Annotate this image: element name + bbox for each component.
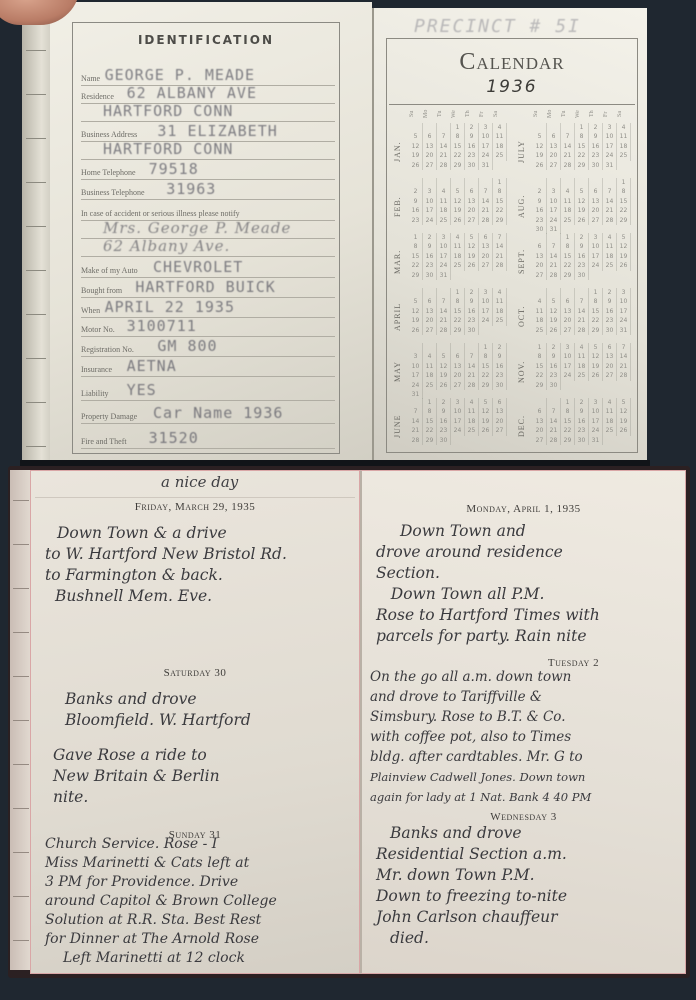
calendar-day: 4 bbox=[561, 187, 575, 196]
identification-page: IDENTIFICATION NameGEORGE P. MEADEReside… bbox=[50, 2, 372, 460]
weekday-label: Fr bbox=[479, 107, 493, 121]
calendar-day: 16 bbox=[437, 417, 451, 426]
calendar-day: 17 bbox=[617, 307, 631, 316]
calendar-day: 22 bbox=[589, 316, 603, 325]
entry-line: Section. bbox=[376, 563, 675, 584]
calendar-day: 5 bbox=[617, 398, 631, 407]
calendar-day: 18 bbox=[451, 252, 465, 261]
weekday-label: Su bbox=[409, 107, 423, 121]
calendar-day: 18 bbox=[575, 362, 589, 371]
calendar-day: 2 bbox=[423, 233, 437, 242]
calendar-day: 14 bbox=[493, 242, 507, 251]
month-day-grid: 1234567891011121314151617181920212223242… bbox=[409, 398, 509, 445]
calendar-day: 20 bbox=[547, 151, 561, 160]
calendar-frame: Calendar 1936 SuMoTuWeThFrSaJAN.12345678… bbox=[386, 38, 638, 453]
id-field-label: Property Damage bbox=[81, 412, 137, 421]
entry-line: parcels for party. Rain nite bbox=[376, 626, 675, 647]
calendar-day: 13 bbox=[561, 307, 575, 316]
calendar-day: 2 bbox=[589, 123, 603, 132]
month-day-grid: 1234567891011121314151617181920212223242… bbox=[409, 178, 509, 225]
calendar-day: 15 bbox=[617, 197, 631, 206]
calendar-day: 9 bbox=[437, 407, 451, 416]
calendar-day: 27 bbox=[465, 216, 479, 225]
calendar-day: 9 bbox=[423, 242, 437, 251]
calendar-day: 8 bbox=[493, 187, 507, 196]
calendar-day: 12 bbox=[617, 242, 631, 251]
calendar-day: 15 bbox=[533, 362, 547, 371]
entry-line: Banks and drove bbox=[376, 823, 675, 844]
month-label: NOV. bbox=[517, 343, 531, 400]
calendar-day: 1 bbox=[493, 178, 507, 187]
entry-line: for Dinner at The Arnold Rose bbox=[45, 930, 349, 949]
calendar-day: 26 bbox=[479, 426, 493, 435]
calendar-day: 15 bbox=[493, 197, 507, 206]
entry-line: New Britain & Berlin bbox=[45, 766, 349, 787]
calendar-day: 10 bbox=[423, 197, 437, 206]
page-edge-line bbox=[26, 402, 46, 403]
page-edges bbox=[22, 20, 50, 460]
calendar-day: 28 bbox=[465, 381, 479, 390]
page-edge-line bbox=[13, 632, 29, 633]
calendar-day: 21 bbox=[409, 426, 423, 435]
calendar-month: MAY1234567891011121314151617181920212223… bbox=[393, 343, 511, 400]
calendar-day: 4 bbox=[493, 123, 507, 132]
weekday-label: Th bbox=[589, 107, 603, 121]
calendar-day: 25 bbox=[575, 371, 589, 380]
calendar-day: 10 bbox=[547, 197, 561, 206]
diary-entry-monday: Down Town and drove around residence Sec… bbox=[376, 521, 675, 647]
calendar-day: 27 bbox=[479, 261, 493, 270]
calendar-day: 12 bbox=[451, 197, 465, 206]
entry-line: Bloomfield. W. Hartford bbox=[45, 710, 349, 731]
calendar-day: 28 bbox=[479, 216, 493, 225]
page-edge-line bbox=[13, 896, 29, 897]
calendar-day: 20 bbox=[533, 261, 547, 270]
calendar-day: 12 bbox=[547, 307, 561, 316]
diary-entry-sunday: Church Service. Rose - I Miss Marinetti … bbox=[45, 835, 349, 968]
calendar-day: 2 bbox=[409, 187, 423, 196]
calendar-day: 16 bbox=[533, 206, 547, 215]
calendar-day: 5 bbox=[437, 352, 451, 361]
top-diary: IDENTIFICATION NameGEORGE P. MEADEReside… bbox=[22, 0, 647, 462]
id-field-value: 62 Albany Ave. bbox=[103, 237, 230, 255]
calendar-day: 13 bbox=[547, 142, 561, 151]
calendar-month: MAR.123456789101112131415161718192021222… bbox=[393, 233, 511, 290]
calendar-day: 5 bbox=[409, 132, 423, 141]
calendar-day: 4 bbox=[603, 398, 617, 407]
calendar-day: 3 bbox=[589, 398, 603, 407]
calendar-day: 7 bbox=[561, 132, 575, 141]
month-label: JULY bbox=[517, 123, 531, 180]
calendar-day: 20 bbox=[561, 316, 575, 325]
calendar-day: 18 bbox=[493, 307, 507, 316]
calendar-day: 6 bbox=[561, 297, 575, 306]
entry-line: to W. Hartford New Bristol Rd. bbox=[45, 544, 349, 565]
calendar-day: 17 bbox=[589, 417, 603, 426]
calendar-day: 18 bbox=[603, 252, 617, 261]
calendar-day: 28 bbox=[437, 161, 451, 170]
calendar-day: 28 bbox=[493, 261, 507, 270]
calendar-day: 31 bbox=[603, 161, 617, 170]
entry-line: John Carlson chauffeur bbox=[376, 907, 675, 928]
calendar-day: 14 bbox=[409, 417, 423, 426]
calendar-day: 3 bbox=[479, 123, 493, 132]
calendar-day: 8 bbox=[617, 187, 631, 196]
calendar-day: 6 bbox=[423, 297, 437, 306]
calendar-day: 29 bbox=[575, 161, 589, 170]
calendar-day: 23 bbox=[423, 261, 437, 270]
calendar-day: 23 bbox=[603, 316, 617, 325]
calendar-day: 11 bbox=[561, 197, 575, 206]
calendar-day: 26 bbox=[451, 216, 465, 225]
calendar-title: Calendar bbox=[387, 49, 637, 76]
calendar-day: 7 bbox=[603, 187, 617, 196]
calendar-day: 9 bbox=[533, 197, 547, 206]
month-label: JUNE bbox=[393, 398, 407, 455]
month-day-grid: 1234567891011121314151617181920212223242… bbox=[409, 123, 509, 170]
page-edge-line bbox=[13, 720, 29, 721]
weekday-label: Mo bbox=[423, 107, 437, 121]
calendar-day: 28 bbox=[561, 161, 575, 170]
weekday-label: Tu bbox=[437, 107, 451, 121]
calendar-day: 31 bbox=[617, 326, 631, 335]
calendar-day: 23 bbox=[575, 426, 589, 435]
calendar-day: 27 bbox=[423, 326, 437, 335]
calendar-day: 2 bbox=[575, 398, 589, 407]
calendar-day: 29 bbox=[423, 436, 437, 445]
calendar-day: 24 bbox=[451, 426, 465, 435]
calendar-day: 1 bbox=[589, 288, 603, 297]
calendar-day: 16 bbox=[589, 142, 603, 151]
diary-entry-saturday: Banks and drove Bloomfield. W. Hartford … bbox=[45, 689, 349, 808]
calendar-day: 26 bbox=[589, 371, 603, 380]
calendar-day: 21 bbox=[479, 206, 493, 215]
month-label: FEB. bbox=[393, 178, 407, 235]
calendar-day: 18 bbox=[493, 142, 507, 151]
calendar-day: 30 bbox=[589, 161, 603, 170]
calendar-day: 1 bbox=[423, 398, 437, 407]
calendar-day: 25 bbox=[617, 151, 631, 160]
calendar-day: 7 bbox=[465, 352, 479, 361]
calendar-day: 7 bbox=[437, 297, 451, 306]
calendar-day: 23 bbox=[533, 216, 547, 225]
weekday-header: SuMoTuWeThFrSa bbox=[409, 107, 509, 121]
entry-line: to Farmington & back. bbox=[45, 565, 349, 586]
calendar-day: 28 bbox=[409, 436, 423, 445]
calendar-day: 20 bbox=[465, 206, 479, 215]
calendar-month: JAN.123456789101112131415161718192021222… bbox=[393, 123, 511, 180]
calendar-day: 3 bbox=[547, 187, 561, 196]
calendar-day: 28 bbox=[547, 436, 561, 445]
calendar-day: 21 bbox=[617, 362, 631, 371]
calendar-day: 22 bbox=[409, 261, 423, 270]
calendar-day: 17 bbox=[589, 252, 603, 261]
day-heading-saturday: Saturday 30 bbox=[31, 667, 359, 679]
calendar-day: 13 bbox=[479, 242, 493, 251]
calendar-day: 5 bbox=[409, 297, 423, 306]
entry-line: around Capitol & Brown College bbox=[45, 892, 349, 911]
calendar-day: 13 bbox=[451, 362, 465, 371]
calendar-day: 15 bbox=[423, 417, 437, 426]
entry-line: Gave Rose a ride to bbox=[45, 745, 349, 766]
calendar-day: 5 bbox=[575, 187, 589, 196]
month-label: OCT. bbox=[517, 288, 531, 345]
calendar-day: 26 bbox=[575, 216, 589, 225]
calendar-day: 25 bbox=[561, 216, 575, 225]
calendar-day: 23 bbox=[409, 216, 423, 225]
calendar-day: 12 bbox=[575, 197, 589, 206]
calendar-day: 1 bbox=[575, 123, 589, 132]
calendar-day: 30 bbox=[465, 161, 479, 170]
calendar-day: 20 bbox=[589, 206, 603, 215]
calendar-day: 3 bbox=[589, 233, 603, 242]
day-heading-monday: Monday, April 1, 1935 bbox=[362, 503, 685, 515]
calendar-day: 17 bbox=[603, 142, 617, 151]
calendar-day: 8 bbox=[451, 297, 465, 306]
calendar-day: 12 bbox=[479, 407, 493, 416]
calendar-day: 11 bbox=[465, 407, 479, 416]
entry-line: On the go all a.m. down town bbox=[370, 667, 675, 687]
calendar-day: 24 bbox=[617, 316, 631, 325]
calendar-day: 11 bbox=[493, 132, 507, 141]
calendar-day: 17 bbox=[479, 142, 493, 151]
divider bbox=[389, 104, 635, 105]
calendar-day: 9 bbox=[547, 352, 561, 361]
calendar-day: 4 bbox=[493, 288, 507, 297]
calendar-day: 3 bbox=[479, 288, 493, 297]
precinct-note: PRECINCT # 5I bbox=[414, 16, 581, 37]
bottom-diary: a nice day Friday, March 29, 1935 Down T… bbox=[8, 466, 690, 978]
calendar-day: 5 bbox=[589, 343, 603, 352]
calendar-day: 11 bbox=[437, 197, 451, 206]
calendar-month: APRIL12345678910111213141516171819202122… bbox=[393, 288, 511, 345]
calendar-day: 10 bbox=[451, 407, 465, 416]
calendar-day: 7 bbox=[575, 297, 589, 306]
calendar-day: 7 bbox=[547, 407, 561, 416]
id-field-row: Fire and Theft31520 bbox=[81, 425, 335, 449]
calendar-day: 26 bbox=[533, 161, 547, 170]
calendar-day: 23 bbox=[465, 316, 479, 325]
page-edge-line bbox=[26, 314, 46, 315]
calendar-day: 5 bbox=[465, 233, 479, 242]
id-field-value: Car Name 1936 bbox=[153, 404, 283, 422]
calendar-day: 30 bbox=[493, 381, 507, 390]
diary-entry-friday: Down Town & a drive to W. Hartford New B… bbox=[45, 523, 349, 607]
calendar-day: 2 bbox=[437, 398, 451, 407]
calendar-day: 26 bbox=[437, 381, 451, 390]
calendar-day: 27 bbox=[451, 381, 465, 390]
month-label: AUG. bbox=[517, 178, 531, 235]
calendar-day: 30 bbox=[603, 326, 617, 335]
calendar-day: 26 bbox=[409, 161, 423, 170]
calendar-day: 22 bbox=[451, 316, 465, 325]
calendar-month: DEC.123456789101112131415161718192021222… bbox=[517, 398, 635, 455]
month-day-grid: 1234567891011121314151617181920212223242… bbox=[409, 288, 509, 335]
calendar-day: 11 bbox=[451, 242, 465, 251]
month-day-grid: 1234567891011121314151617181920212223242… bbox=[409, 233, 509, 280]
calendar-day: 15 bbox=[409, 252, 423, 261]
calendar-day: 26 bbox=[547, 326, 561, 335]
month-day-grid: 1234567891011121314151617181920212223242… bbox=[533, 288, 633, 335]
calendar-day: 8 bbox=[533, 352, 547, 361]
calendar-day: 22 bbox=[451, 151, 465, 160]
calendar-day: 9 bbox=[575, 242, 589, 251]
calendar-day: 11 bbox=[617, 132, 631, 141]
calendar-day: 28 bbox=[617, 371, 631, 380]
calendar-day: 23 bbox=[589, 151, 603, 160]
page-edge-line bbox=[26, 138, 46, 139]
calendar-day: 14 bbox=[437, 307, 451, 316]
calendar-day: 12 bbox=[465, 242, 479, 251]
calendar-day: 14 bbox=[479, 197, 493, 206]
calendar-day: 29 bbox=[493, 216, 507, 225]
calendar-day: 9 bbox=[589, 132, 603, 141]
calendar-page: PRECINCT # 5I Calendar 1936 SuMoTuWeThFr… bbox=[372, 8, 647, 460]
page-edge-line bbox=[13, 808, 29, 809]
calendar-day: 14 bbox=[547, 417, 561, 426]
calendar-day: 8 bbox=[561, 407, 575, 416]
entry-line: Simsbury. Rose to B.T. & Co. bbox=[370, 707, 675, 727]
calendar-day: 1 bbox=[561, 233, 575, 242]
calendar-day: 29 bbox=[561, 271, 575, 280]
calendar-day: 5 bbox=[617, 233, 631, 242]
calendar-year: 1936 bbox=[387, 77, 637, 97]
calendar-day: 21 bbox=[465, 371, 479, 380]
entry-line: Banks and drove bbox=[45, 689, 349, 710]
calendar-day: 8 bbox=[451, 132, 465, 141]
entry-line: and drove to Tariffville & bbox=[370, 687, 675, 707]
calendar-day: 20 bbox=[451, 371, 465, 380]
calendar-day: 27 bbox=[423, 161, 437, 170]
id-field-value: 31520 bbox=[149, 429, 199, 447]
calendar-day: 25 bbox=[493, 316, 507, 325]
day-heading-wednesday: Wednesday 3 bbox=[362, 811, 685, 823]
calendar-day: 16 bbox=[575, 417, 589, 426]
page-edge-line bbox=[13, 940, 29, 941]
entry-line: Down to freezing to-nite bbox=[376, 886, 675, 907]
weekday-label: We bbox=[451, 107, 465, 121]
calendar-month: FEB.123456789101112131415161718192021222… bbox=[393, 178, 511, 235]
calendar-day: 1 bbox=[409, 233, 423, 242]
calendar-day: 21 bbox=[437, 316, 451, 325]
calendar-day: 22 bbox=[617, 206, 631, 215]
weekday-header: SuMoTuWeThFrSa bbox=[533, 107, 633, 121]
calendar-day: 30 bbox=[423, 271, 437, 280]
identification-frame: IDENTIFICATION NameGEORGE P. MEADEReside… bbox=[72, 22, 340, 454]
calendar-day: 12 bbox=[409, 142, 423, 151]
calendar-day: 22 bbox=[561, 261, 575, 270]
calendar-day: 11 bbox=[423, 362, 437, 371]
calendar-day: 9 bbox=[409, 197, 423, 206]
entry-line: Down Town & a drive bbox=[45, 523, 349, 544]
calendar-day: 18 bbox=[465, 417, 479, 426]
entry-line: Rose to Hartford Times with bbox=[376, 605, 675, 626]
calendar-day: 19 bbox=[547, 316, 561, 325]
calendar-day: 24 bbox=[423, 216, 437, 225]
month-label: SEPT. bbox=[517, 233, 531, 290]
calendar-day: 13 bbox=[589, 197, 603, 206]
calendar-day: 13 bbox=[533, 417, 547, 426]
calendar-day: 26 bbox=[465, 261, 479, 270]
page-edge-line bbox=[26, 446, 46, 447]
calendar-day: 8 bbox=[409, 242, 423, 251]
month-label: APRIL bbox=[393, 288, 407, 345]
page-edge-line bbox=[13, 500, 29, 501]
calendar-day: 24 bbox=[479, 316, 493, 325]
calendar-day: 6 bbox=[423, 132, 437, 141]
entry-line: died. bbox=[376, 928, 675, 949]
calendar-day: 4 bbox=[423, 352, 437, 361]
calendar-day: 15 bbox=[451, 307, 465, 316]
calendar-day: 27 bbox=[533, 436, 547, 445]
page-edge-line bbox=[26, 358, 46, 359]
calendar-day: 21 bbox=[493, 252, 507, 261]
id-field-label: Fire and Theft bbox=[81, 437, 127, 446]
calendar-day: 3 bbox=[603, 123, 617, 132]
calendar-day: 13 bbox=[603, 352, 617, 361]
calendar-day: 2 bbox=[493, 343, 507, 352]
calendar-day: 3 bbox=[409, 352, 423, 361]
weekday-label: Sa bbox=[617, 107, 631, 121]
calendar-day: 29 bbox=[451, 326, 465, 335]
calendar-day: 5 bbox=[533, 132, 547, 141]
page-edge-line bbox=[26, 182, 46, 183]
calendar-day: 10 bbox=[589, 407, 603, 416]
calendar-day: 28 bbox=[603, 216, 617, 225]
calendar-day: 23 bbox=[437, 426, 451, 435]
calendar-day: 3 bbox=[437, 233, 451, 242]
calendar-day: 19 bbox=[437, 371, 451, 380]
calendar-day: 6 bbox=[589, 187, 603, 196]
calendar-day: 3 bbox=[617, 288, 631, 297]
page-edge-line bbox=[13, 676, 29, 677]
calendar-day: 3 bbox=[423, 187, 437, 196]
day-heading-friday: Friday, March 29, 1935 bbox=[31, 501, 359, 513]
month-day-grid: 1234567891011121314151617181920212223242… bbox=[409, 343, 509, 399]
calendar-day: 14 bbox=[603, 197, 617, 206]
divider bbox=[35, 497, 355, 498]
calendar-day: 19 bbox=[575, 206, 589, 215]
calendar-day: 19 bbox=[617, 252, 631, 261]
calendar-day: 31 bbox=[437, 271, 451, 280]
calendar-day: 25 bbox=[465, 426, 479, 435]
calendar-day: 1 bbox=[451, 123, 465, 132]
calendar-day: 23 bbox=[575, 261, 589, 270]
calendar-day: 20 bbox=[423, 151, 437, 160]
calendar-day: 13 bbox=[423, 142, 437, 151]
calendar-month: OCT.123456789101112131415161718192021222… bbox=[517, 288, 635, 345]
calendar-day: 21 bbox=[575, 316, 589, 325]
page-edge-line bbox=[26, 94, 46, 95]
calendar-day: 27 bbox=[603, 371, 617, 380]
calendar-day: 5 bbox=[547, 297, 561, 306]
calendar-day: 16 bbox=[575, 252, 589, 261]
weekday-label: Fr bbox=[603, 107, 617, 121]
calendar-day: 3 bbox=[561, 343, 575, 352]
calendar-day: 17 bbox=[479, 307, 493, 316]
calendar-month: JULY123456789101112131415161718192021222… bbox=[517, 123, 635, 180]
entry-line: Left Marinetti at 12 clock bbox=[45, 949, 349, 968]
weekday-label: Sa bbox=[493, 107, 507, 121]
calendar-day: 8 bbox=[561, 242, 575, 251]
calendar-day: 4 bbox=[437, 187, 451, 196]
calendar-day: 25 bbox=[437, 216, 451, 225]
entry-line: Plainview Cadwell Jones. Down town bbox=[370, 767, 675, 787]
calendar-month: SEPT.12345678910111213141516171819202122… bbox=[517, 233, 635, 290]
id-field-row: Property DamageCar Name 1936 bbox=[81, 400, 335, 424]
calendar-day: 18 bbox=[561, 206, 575, 215]
entry-line: with coffee pot, also to Times bbox=[370, 727, 675, 747]
